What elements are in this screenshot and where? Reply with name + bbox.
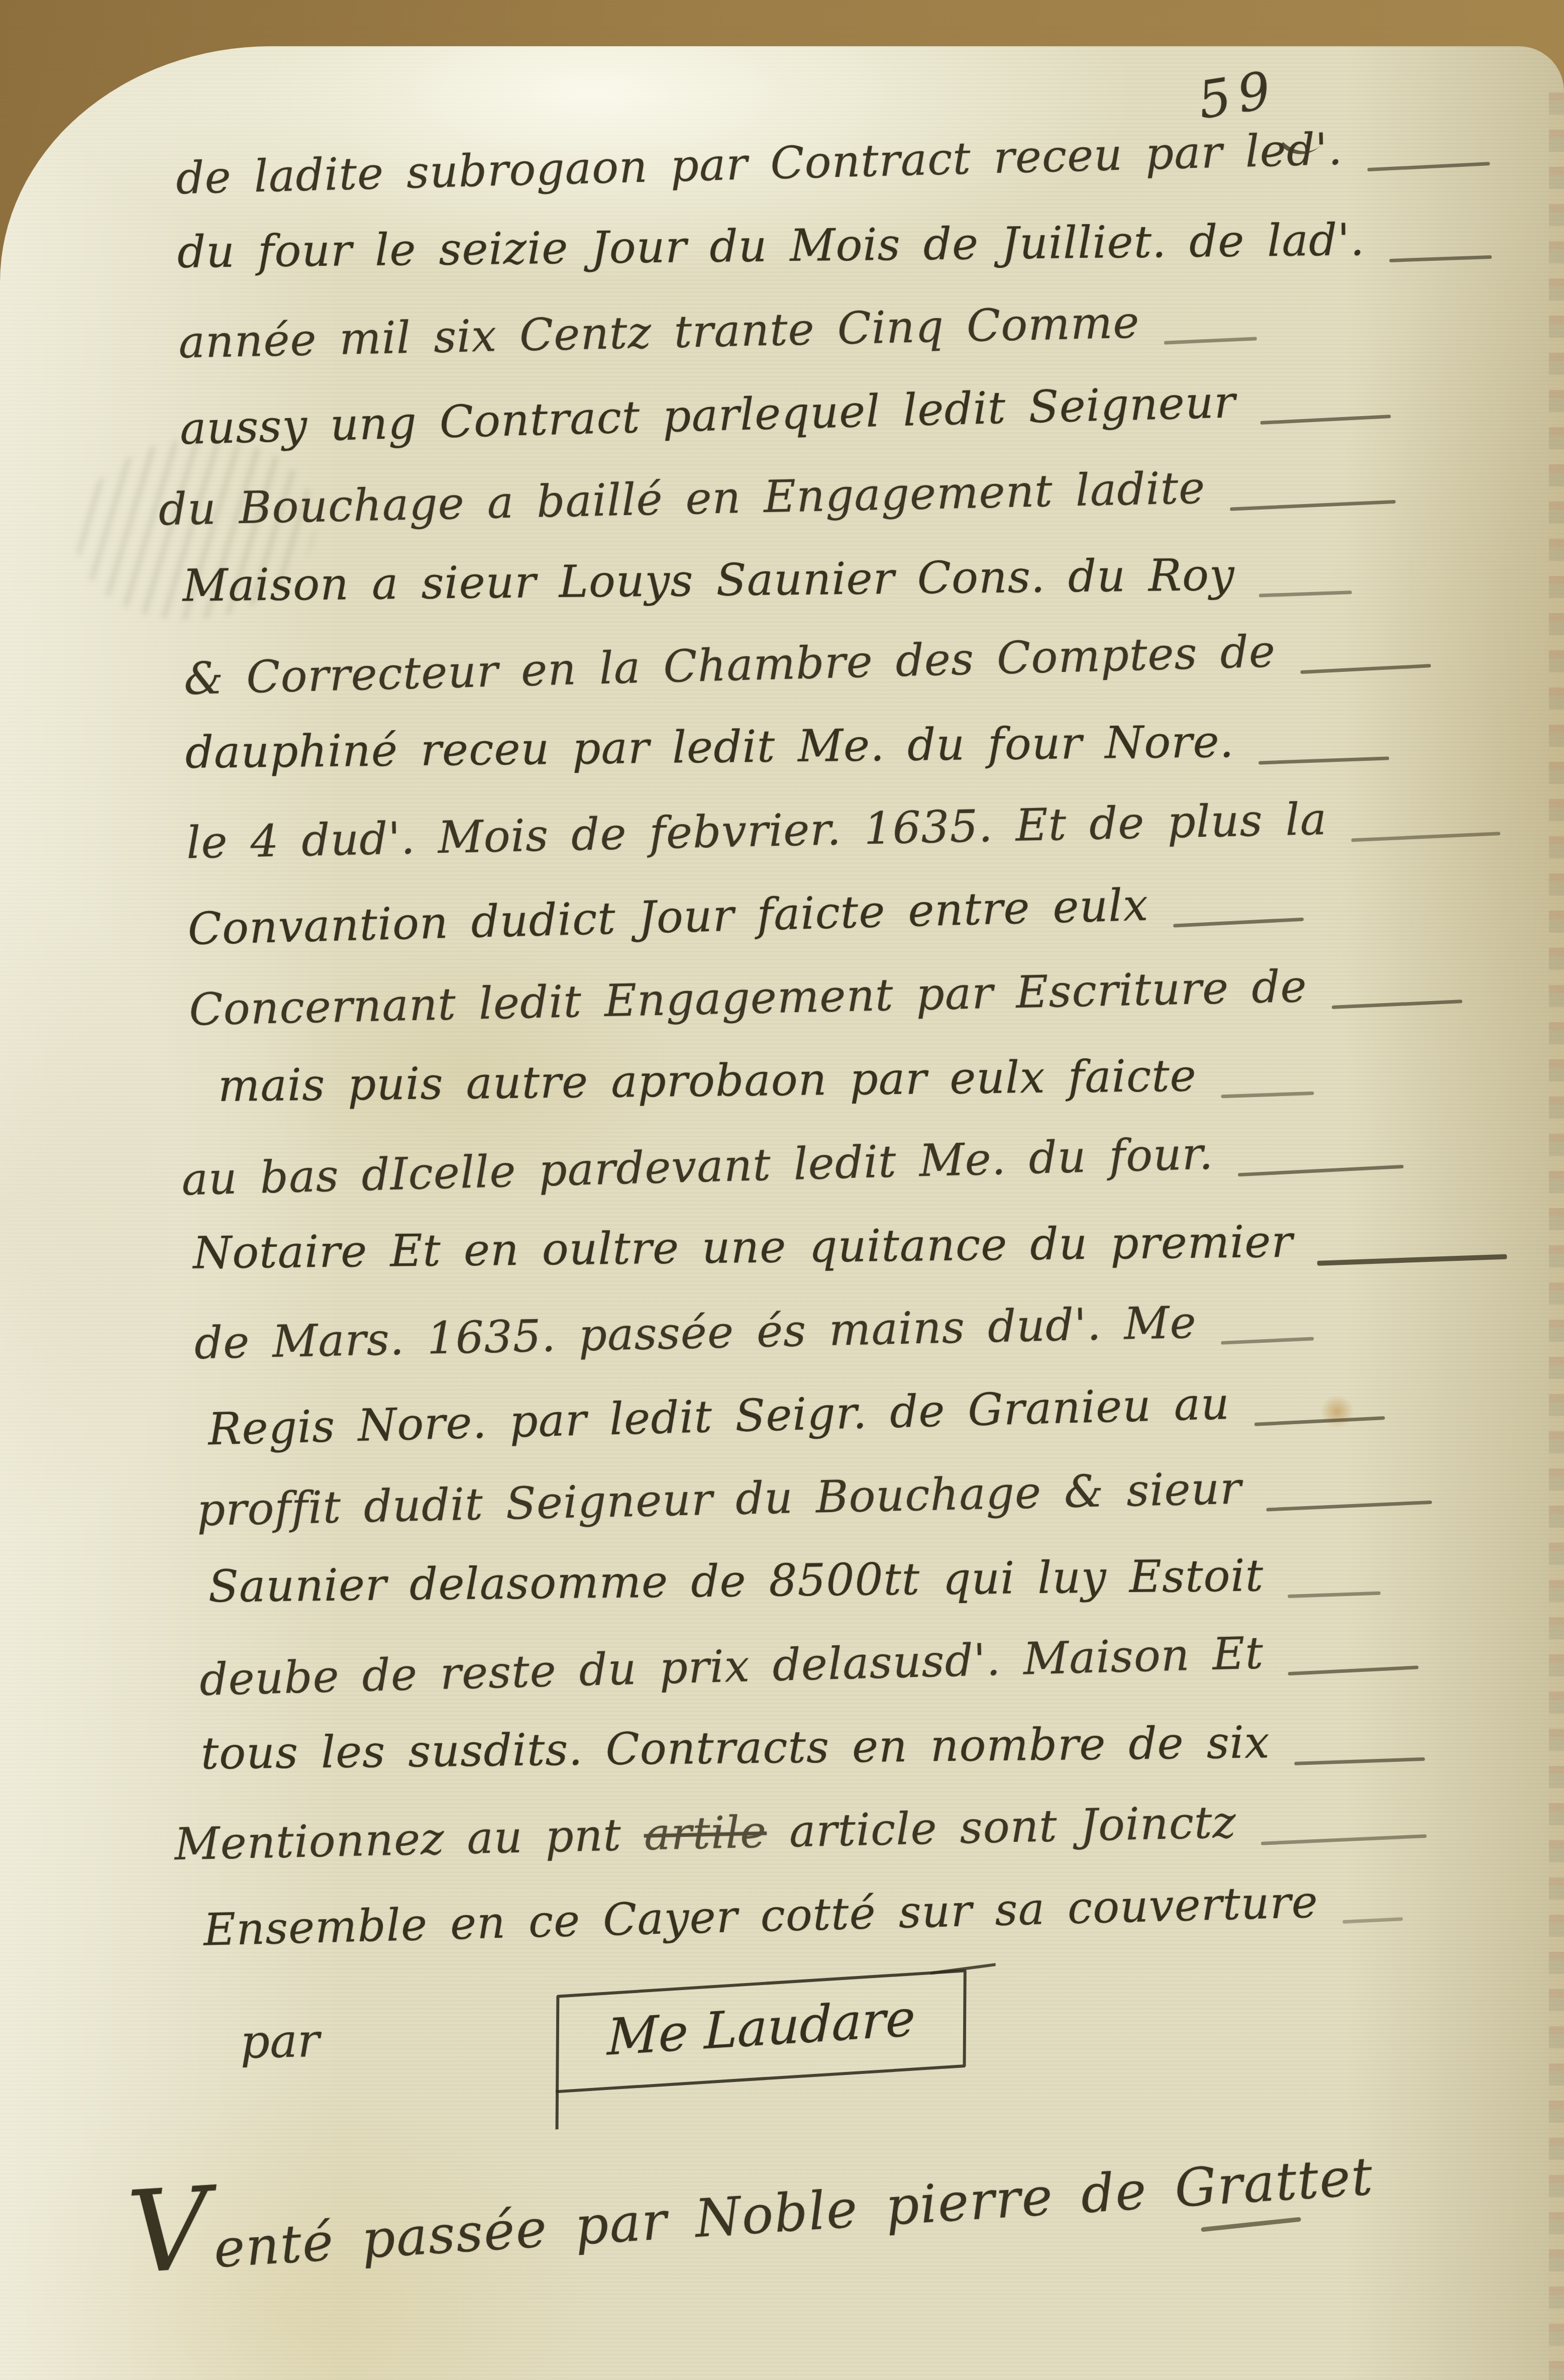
footer-vente-line: Venté passée par Noble pierre de Grattet [128, 2145, 1375, 2285]
line-filler-dash [1259, 756, 1389, 764]
manuscript-text-block: de ladite subrogaon par Contract receu p… [175, 126, 1518, 1981]
footer-underline-stroke [1201, 2217, 1301, 2232]
line-filler-dash [1255, 1416, 1385, 1426]
book-fore-edge [1549, 92, 1564, 2380]
par-label: par [240, 2014, 320, 2069]
line-filler-dash [1331, 1000, 1462, 1009]
line-filler-dash [1288, 1591, 1381, 1598]
line-filler-dash [1317, 1254, 1507, 1266]
line-filler-dash [1230, 500, 1396, 511]
line-filler-dash [1221, 1091, 1314, 1098]
manuscript-line-text: Notaire Et en oultre une quitance du pre… [193, 1216, 1293, 1279]
line-filler-dash [1259, 590, 1352, 597]
clerk-attribution-row: par Me Laudare [189, 1978, 968, 2092]
line-filler-dash [1351, 832, 1501, 842]
manuscript-line-text: tous les susdits. Contracts en nombre de… [200, 1716, 1270, 1779]
boxed-clerk-name: Me Laudare [556, 1969, 967, 2093]
line-filler-dash [1300, 664, 1431, 674]
manuscript-line-text: Saunier delasomme de 8500tt qui luy Esto… [208, 1549, 1264, 1612]
line-filler-dash [1173, 917, 1304, 927]
struck-word: artile [644, 1806, 767, 1860]
line-filler-dash [1367, 162, 1490, 171]
line-filler-dash [1238, 1164, 1404, 1176]
line-filler-dash [1221, 1337, 1314, 1344]
line-filler-dash [1266, 1500, 1432, 1511]
manuscript-line-text: de ladite subrogaon par Contract receu p… [175, 123, 1343, 205]
manuscript-line-text: mais puis autre aprobaon par eulx faicte [218, 1050, 1197, 1112]
page-number: 59 [1194, 59, 1282, 131]
line-filler-dash [1294, 1757, 1425, 1765]
line-filler-dash [1260, 415, 1391, 425]
line-filler-dash [1342, 1917, 1403, 1923]
parchment-page: 59 de ladite subrogaon par Contract rece… [0, 46, 1564, 2380]
manuscript-photo: 59 de ladite subrogaon par Contract rece… [0, 0, 1564, 2380]
line-filler-dash [1288, 1665, 1419, 1675]
manuscript-line-text: dauphiné receu par ledit Me. du four Nor… [185, 716, 1234, 778]
line-filler-dash [1164, 337, 1257, 344]
line-filler-dash [1389, 255, 1492, 262]
manuscript-line-text: Maison a sieur Louys Saunier Cons. du Ro… [182, 549, 1235, 612]
line-filler-dash [1261, 1834, 1426, 1845]
